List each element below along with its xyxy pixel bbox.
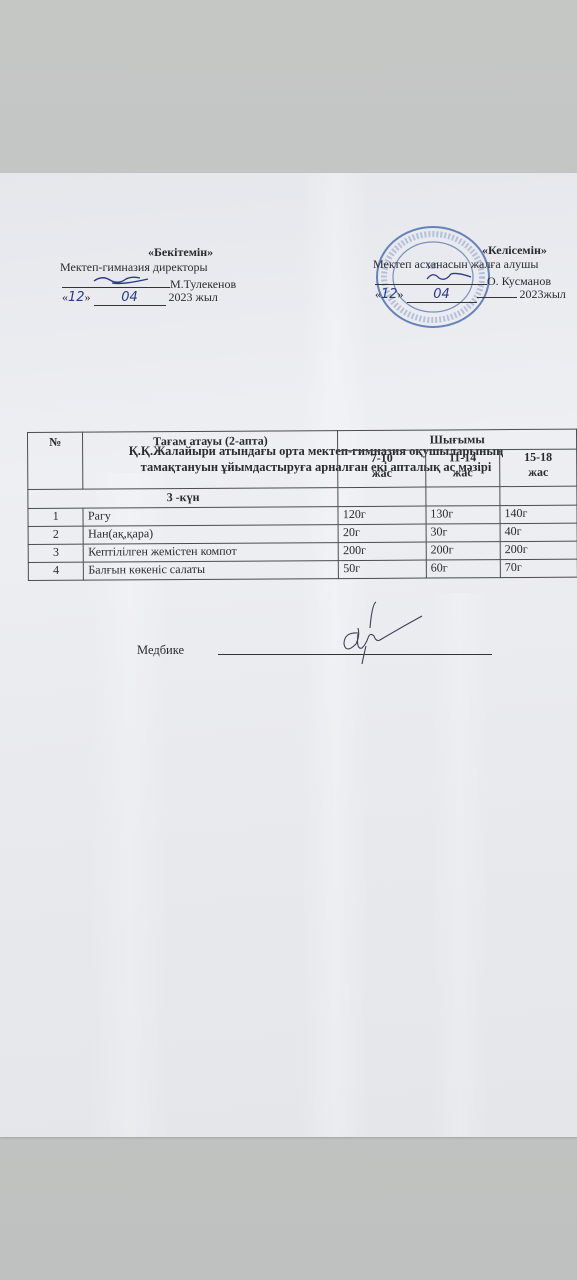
nurse-label: Медбике bbox=[137, 643, 184, 658]
row-value-7-10: 20г bbox=[338, 524, 426, 543]
approval-left-signer: М.Тулекенов bbox=[170, 277, 236, 291]
day-label: 3 -күн bbox=[28, 488, 338, 509]
date-year: 2023 жыл bbox=[169, 290, 218, 304]
row-value-15-18: 40г bbox=[500, 523, 577, 541]
date-day: 12 bbox=[381, 287, 398, 302]
row-value-11-14: 130г bbox=[426, 506, 500, 524]
header-age-15-18: 15-18жас bbox=[500, 449, 577, 486]
row-number: 1 bbox=[28, 508, 84, 526]
row-value-15-18: 200г bbox=[500, 541, 577, 559]
signature-icon bbox=[92, 273, 152, 287]
approval-right-title: «Келісемін» bbox=[482, 243, 547, 258]
header-number: № bbox=[28, 432, 84, 489]
approval-right-date: «12» 04 2023жыл bbox=[375, 287, 566, 303]
date-day: 12 bbox=[68, 290, 85, 305]
header-dish-name: Тағам атауы (2-апта) bbox=[83, 431, 338, 490]
signature-icon bbox=[425, 270, 475, 284]
table-row: 4 Балғын көкеніс салаты 50г 60г 70г bbox=[28, 559, 577, 580]
approval-left-title: «Бекітемін» bbox=[148, 245, 213, 260]
menu-table: № Тағам атауы (2-апта) Шығымы 7-10жас 11… bbox=[27, 429, 577, 581]
row-dish-name: Рагу bbox=[83, 507, 338, 527]
header-age-7-10: 7-10жас bbox=[338, 450, 426, 488]
date-month: 04 bbox=[433, 287, 450, 302]
date-month: 04 bbox=[121, 290, 138, 305]
row-number: 3 bbox=[28, 544, 84, 562]
row-value-11-14: 60г bbox=[426, 560, 500, 578]
row-value-15-18: 140г bbox=[500, 505, 577, 523]
row-dish-name: Кептілілген жемістен компот bbox=[84, 543, 339, 563]
row-value-11-14: 30г bbox=[426, 524, 500, 542]
signature-line bbox=[375, 272, 487, 285]
row-number: 2 bbox=[28, 526, 84, 544]
row-dish-name: Нан(ақ,қара) bbox=[84, 525, 339, 545]
empty-cell bbox=[500, 486, 577, 505]
approval-left-date: «12» 04 2023 жыл bbox=[62, 290, 218, 306]
approval-right-signer: О. Кусманов bbox=[487, 274, 551, 288]
row-value-7-10: 50г bbox=[339, 560, 427, 579]
empty-cell bbox=[426, 487, 500, 506]
row-value-15-18: 70г bbox=[500, 559, 577, 577]
nurse-signature-icon bbox=[330, 598, 430, 668]
signature-line bbox=[62, 275, 170, 288]
header-age-11-14: 11-14жас bbox=[425, 450, 499, 487]
header-output: Шығымы bbox=[338, 429, 577, 450]
paper-crease bbox=[430, 593, 490, 1137]
empty-cell bbox=[338, 487, 426, 507]
document-paper: «Бекітемін» Мектеп-гимназия директоры М.… bbox=[0, 173, 577, 1137]
row-dish-name: Балғын көкеніс салаты bbox=[84, 561, 339, 581]
row-number: 4 bbox=[28, 562, 84, 580]
date-year: 2023жыл bbox=[520, 287, 566, 301]
row-value-11-14: 200г bbox=[426, 542, 500, 560]
row-value-7-10: 200г bbox=[339, 542, 427, 561]
row-value-7-10: 120г bbox=[338, 506, 426, 525]
